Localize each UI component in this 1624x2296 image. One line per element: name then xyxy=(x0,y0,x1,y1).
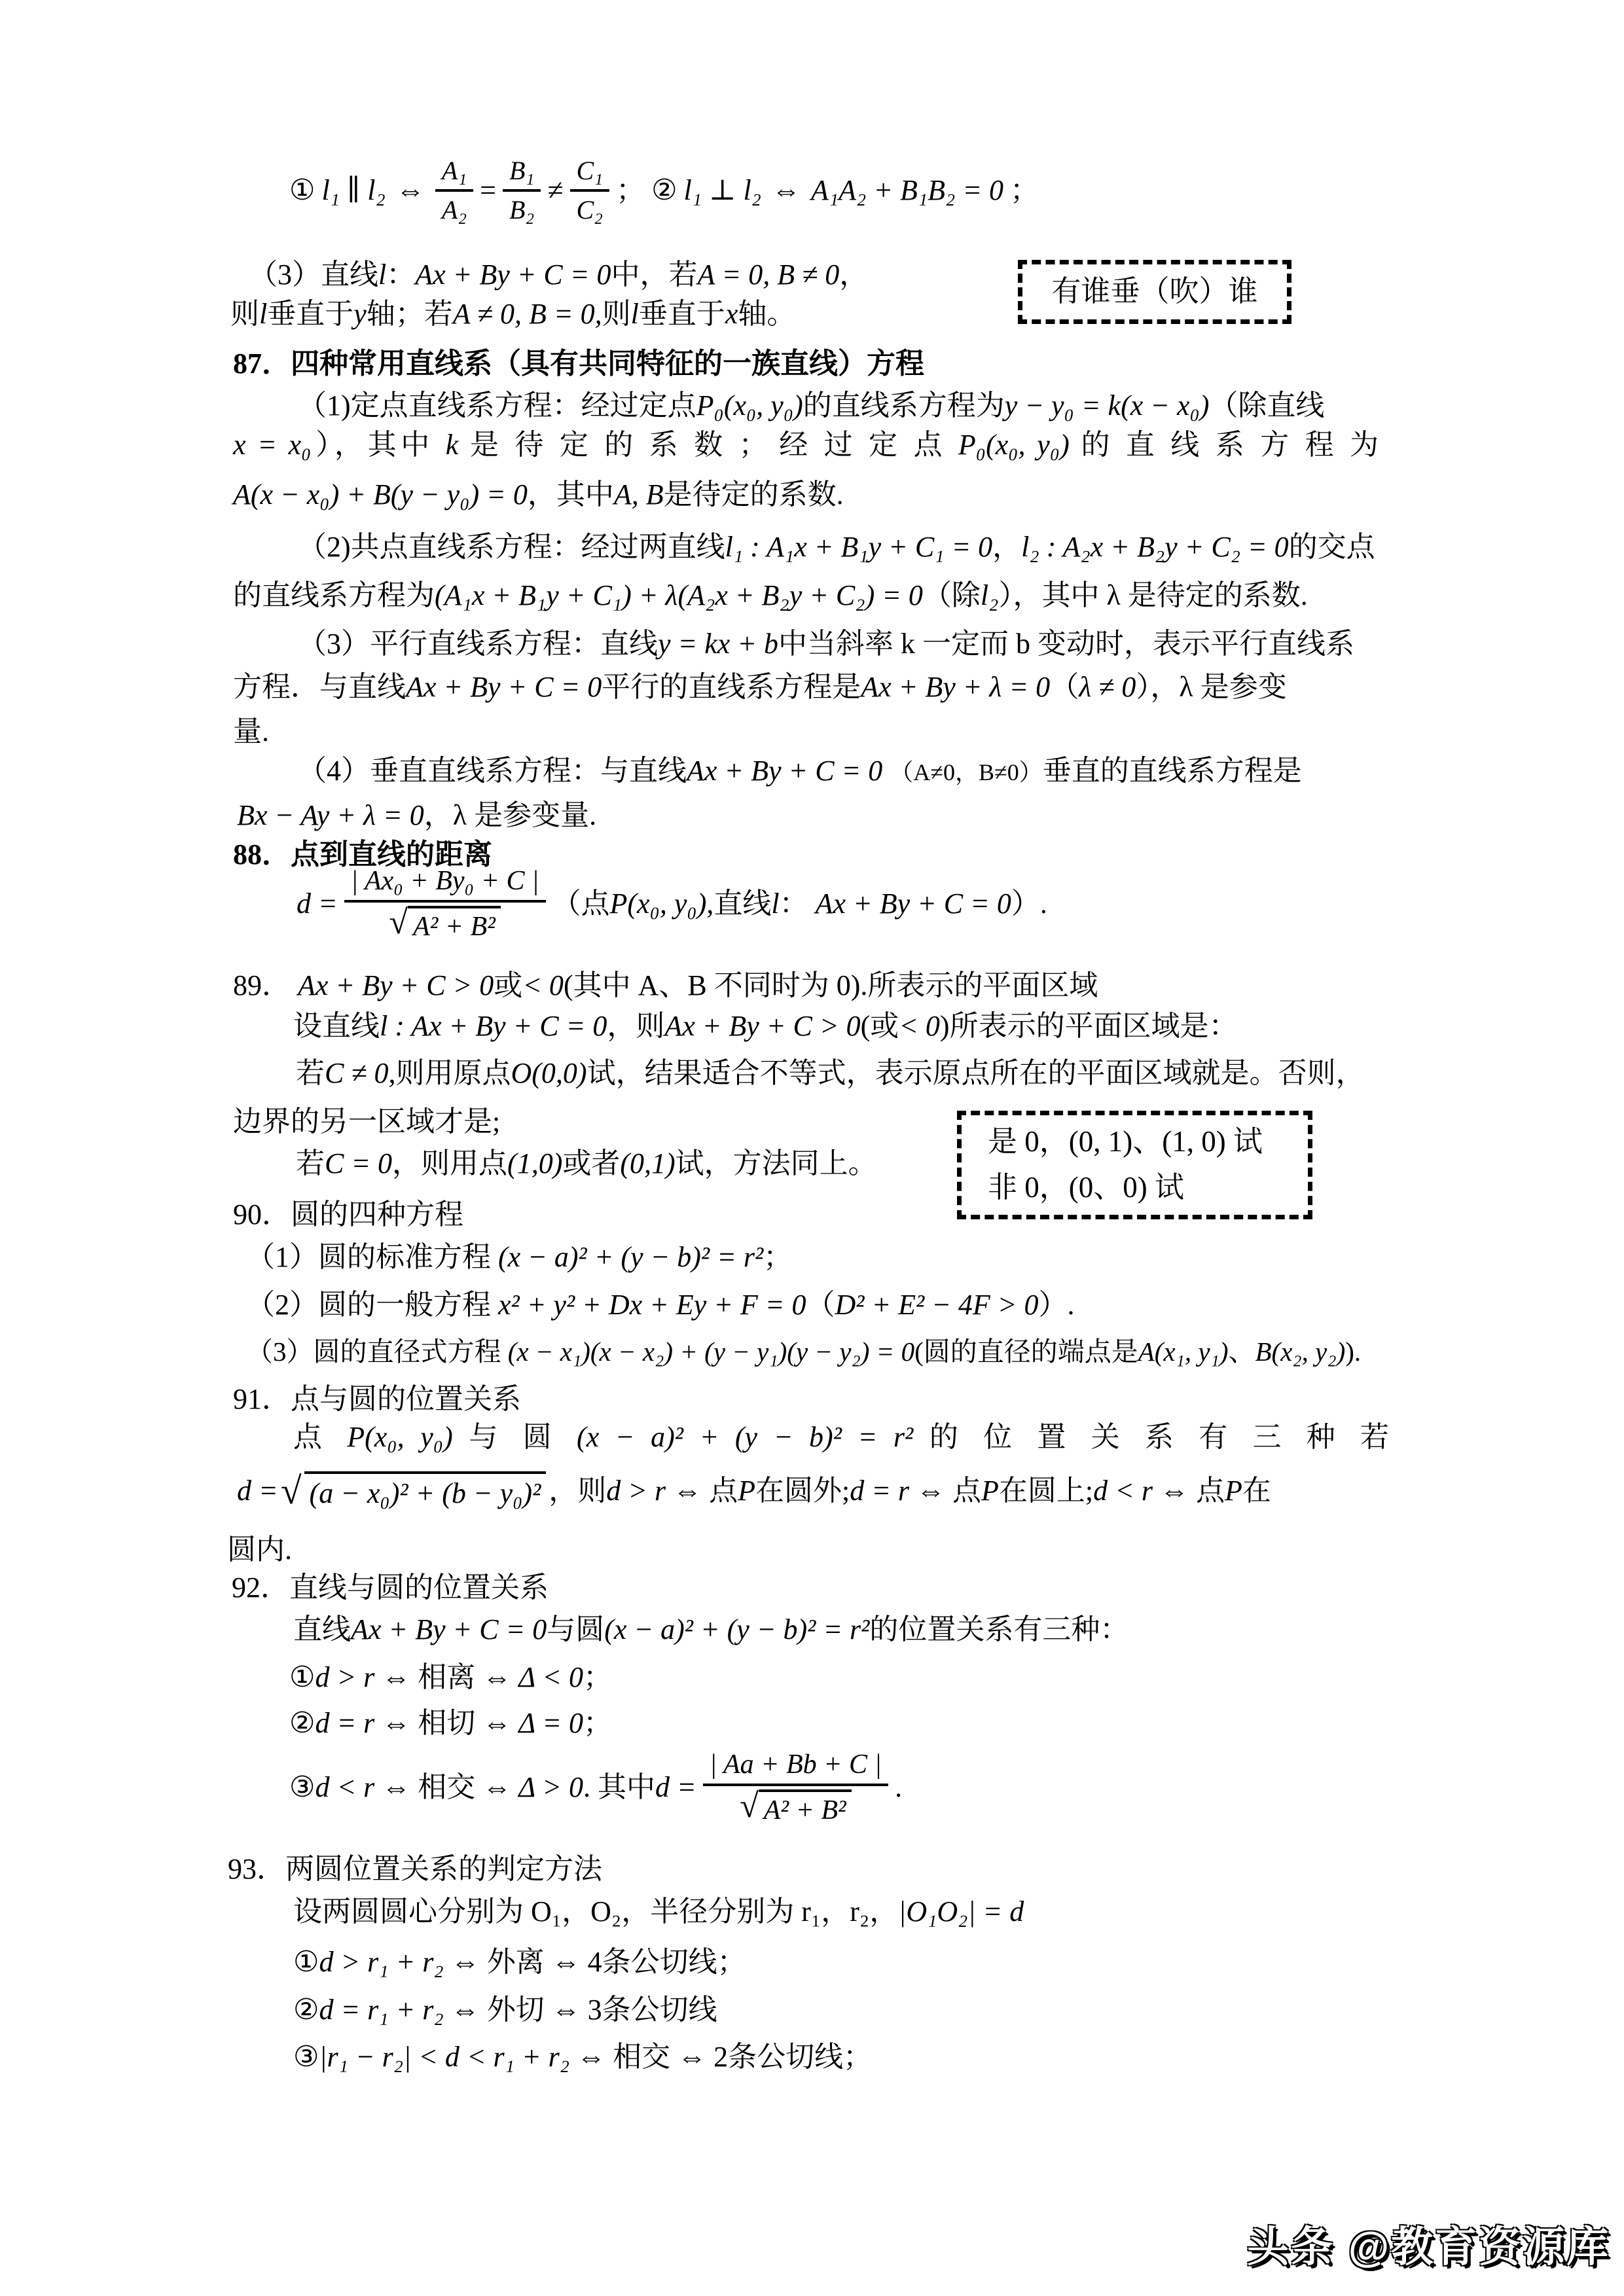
formula-88-suffix: （点P(x₀, y₀),直线l： Ax + By + C = 0）. xyxy=(552,887,1047,922)
paragraph-87-6: （3）平行直线系方程：直线y = kx + b中当斜率 k 一定而 b 变动时，… xyxy=(298,626,1354,662)
formula-point-circle-distance: d = √ (a − x₀)² + (b − y₀)² ，则d > r ⇔ 点P… xyxy=(237,1471,1271,1511)
dashed-note-box-mnemonic: 有谁垂（吹）谁 xyxy=(1018,260,1291,324)
radical-sign: √ xyxy=(740,1789,759,1823)
formula-91-suffix: ，则d > r ⇔ 点P在圆外;d = r ⇔ 点P在圆上;d < r ⇔ 点P… xyxy=(549,1474,1271,1509)
math-handout-page: ① l₁ ∥ l₂ ⇔ A₁ A₂ = B₁ B₂ ≠ C₁ C₂ ； ② l₁… xyxy=(0,0,1624,2296)
paragraph-87-9: （4）垂直直线系方程：与直线Ax + By + C = 0 （A≠0，B≠0）垂… xyxy=(298,753,1302,789)
fraction-distance: | Ax₀ + By₀ + C | √ A² + B² xyxy=(344,865,546,943)
formula-parallel-perpendicular: ① l₁ ∥ l₂ ⇔ A₁ A₂ = B₁ B₂ ≠ C₁ C₂ ； ② l₁… xyxy=(289,156,1039,225)
note-line-2: 非 0，(0、0) 试 xyxy=(988,1165,1308,1211)
paragraph-87-2: x = x₀），其中 k 是 待 定 的 系 数 ； 经 过 定 点 P₀(x₀… xyxy=(233,427,1379,463)
paragraph-87-7: 方程．与直线Ax + By + C = 0平行的直线系方程是Ax + By + … xyxy=(233,669,1287,705)
fraction-b1-b2: B₁ B₂ xyxy=(503,156,541,225)
item-circle-2: ② xyxy=(651,173,677,208)
paragraph-87-10: Bx − Ay + λ = 0，λ 是参变量. xyxy=(237,797,596,833)
paragraph-89-3: 边界的另一区域才是; xyxy=(233,1103,500,1139)
section-heading-92: 92．直线与圆的位置关系 xyxy=(232,1570,549,1605)
list-item-92-2: ②d = r ⇔ 相切 ⇔ Δ = 0； xyxy=(289,1705,612,1741)
paragraph-89-4: 若C = 0，则用点(1,0)或者(0,1)试，方法同上。 xyxy=(296,1145,877,1181)
list-item-92-1: ①d > r ⇔ 相离 ⇔ Δ < 0； xyxy=(289,1659,612,1695)
paragraph-90-2: （2）圆的一般方程 x² + y² + Dx + Ey + F = 0（D² +… xyxy=(246,1287,1075,1323)
paragraph-87-4: （2)共点直线系方程：经过两直线l₁ : A₁x + B₁y + C₁ = 0，… xyxy=(298,529,1375,565)
list-item-93-2: ②d = r₁ + r₂ ⇔ 外切 ⇔ 3条公切线 xyxy=(293,1992,717,2028)
paragraph-87-5: 的直线系方程为(A₁x + B₁y + C₁) + λ(A₂x + B₂y + … xyxy=(233,577,1308,613)
paragraph-87-8: 量. xyxy=(233,713,269,749)
paragraph-93-1: 设两圆圆心分别为 O₁，O₂，半径分别为 r₁，r₂，|O₁O₂| = d xyxy=(293,1893,1024,1929)
note-line-1: 是 0，(0, 1)、(1, 0) 试 xyxy=(988,1119,1308,1165)
iff-arrow: ⇔ xyxy=(768,173,804,208)
fraction-c1-c2: C₁ C₂ xyxy=(570,156,610,225)
note-text: 有谁垂（吹）谁 xyxy=(1051,269,1257,315)
section-heading-91: 91．点与圆的位置关系 xyxy=(233,1381,521,1417)
paragraph-87-3: A(x − x₀) + B(y − y₀) = 0，其中A, B是待定的系数. xyxy=(233,476,844,512)
paragraph-90-3: （3）圆的直径式方程 (x − x₁)(x − x₂) + (y − y₁)(y… xyxy=(246,1335,1361,1369)
paragraph-91-3: 圆内. xyxy=(227,1532,292,1568)
watermark: 头条 @教育资源库 xyxy=(1247,2214,1610,2274)
section-heading-93: 93．两圆位置关系的判定方法 xyxy=(228,1851,602,1887)
list-item-93-3: ③|r₁ − r₂| < d < r₁ + r₂ ⇔ 相交 ⇔ 2条公切线； xyxy=(293,2039,872,2075)
list-item-92-3-formula: ③d < r ⇔ 相交 ⇔ Δ > 0. 其中d = | Aa + Bb + C… xyxy=(289,1749,902,1827)
section-heading-87: 87．四种常用直线系（具有共同特征的一族直线）方程 xyxy=(233,346,924,382)
paragraph-87-1: （1)定点直线系方程：经过定点P₀(x₀, y₀)的直线系方程为y − y₀ =… xyxy=(298,387,1324,423)
item-circle-1: ① xyxy=(289,173,315,208)
fraction-a1-a2: A₁ A₂ xyxy=(435,156,473,225)
paragraph-89-1: 设直线l : Ax + By + C = 0，则Ax + By + C > 0(… xyxy=(293,1008,1238,1044)
paragraph-90-1: （1）圆的标准方程 (x − a)² + (y − b)² = r²； xyxy=(246,1239,792,1275)
formula-92-pre: ③d < r ⇔ 相交 ⇔ Δ > 0. 其中d = xyxy=(289,1770,696,1805)
section-heading-90: 90．圆的四种方程 xyxy=(233,1196,463,1232)
list-item-93-1: ①d > r₁ + r₂ ⇔ 外离 ⇔ 4条公切线； xyxy=(293,1944,746,1980)
radical-sign: √ xyxy=(281,1472,302,1510)
dashed-note-box-test-points: 是 0，(0, 1)、(1, 0) 试 非 0，(0、0) 试 xyxy=(957,1111,1312,1219)
formula-point-line-distance: d = | Ax₀ + By₀ + C | √ A² + B² （点P(x₀, … xyxy=(297,865,1047,943)
paragraph-89-2: 若C ≠ 0,则用原点O(0,0)试，结果适合不等式，表示原点所在的平面区域就是… xyxy=(296,1055,1365,1091)
radicand: A² + B² xyxy=(408,906,501,942)
paragraph-91-1: 点 P(x₀, y₀) 与 圆 (x − a)² + (y − b)² = r²… xyxy=(293,1419,1389,1455)
radicand: (a − x₀)² + (b − y₀)² xyxy=(304,1471,547,1511)
section-heading-89: 89． Ax + By + C > 0或< 0(其中 A、B 不同时为 0).所… xyxy=(233,967,1098,1003)
iff-arrow: ⇔ xyxy=(392,173,429,208)
paragraph-line-case3-cont: 则l垂直于y轴；若A ≠ 0, B = 0,则l垂直于x轴。 xyxy=(230,296,795,332)
paragraph-line-case3: （3）直线l：Ax + By + C = 0中，若A = 0, B ≠ 0， xyxy=(249,257,868,293)
radicand: A² + B² xyxy=(759,1789,852,1826)
fraction-distance-92: | Aa + Bb + C | √ A² + B² xyxy=(703,1749,888,1827)
paragraph-92-1: 直线Ax + By + C = 0与圆(x − a)² + (y − b)² =… xyxy=(293,1611,1128,1647)
radical-sign: √ xyxy=(389,906,408,940)
